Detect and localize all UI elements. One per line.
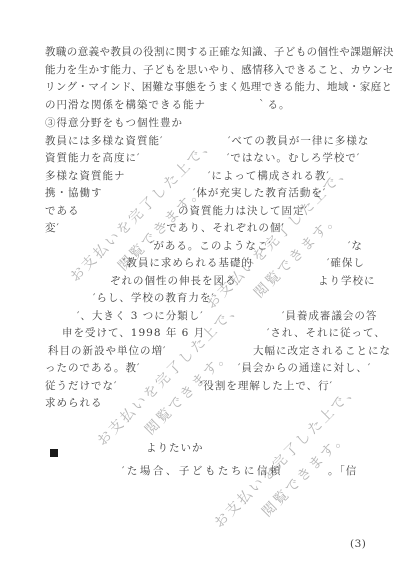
text-fragment: 大幅に改定されることにな	[253, 345, 391, 357]
text-fragment: ′員会からの通達に対し、′	[238, 362, 371, 374]
text-fragment: ′役割を理解した上で、行′	[200, 380, 333, 392]
text-fragment: ′体が充実した教育活動を′	[193, 187, 326, 199]
text-fragment: ′がある。このようなこ′	[150, 240, 272, 252]
text-fragment: ′ではない。むしろ学校で′	[227, 152, 360, 164]
text-fragment: ったのである。教′	[45, 362, 140, 374]
text-fragment: ′によって構成される教′	[208, 170, 330, 182]
page-number: (3)	[350, 538, 366, 550]
text-fragment: ′らし、学校の教育力を′	[93, 292, 215, 304]
text-fragment: より学校に	[318, 275, 376, 287]
text-fragment: ′教員に求められる基礎的	[123, 257, 253, 269]
text-fragment: 求められる	[45, 397, 103, 409]
text-fragment: ′され、それに従って、	[267, 327, 386, 339]
text-fragment: 資質能力を高度に′	[45, 152, 140, 164]
document-page: お支払いを完了した上で、閲覧できます。お支払いを完了した上で、閲覧できます。お支…	[0, 0, 410, 580]
text-fragment: 変′	[45, 222, 60, 234]
watermark-line1: お支払いを完了した上で、	[208, 377, 366, 535]
text-fragment: よりたいか	[146, 442, 204, 454]
text-fragment: ぞれの個性の伸長を図る	[110, 275, 237, 287]
text-fragment: リング・マインド、困難な事態をうまく処理できる能力、地域・家庭と	[45, 81, 392, 93]
text-fragment: ｀る。	[256, 99, 291, 111]
text-fragment: の資質能力は決して固定′	[178, 205, 308, 217]
text-fragment: 従うだけでな′	[45, 380, 117, 392]
text-fragment: ′であり、それぞれの個′	[163, 222, 285, 234]
text-fragment: 携・協働す	[45, 187, 103, 199]
section-marker-square	[50, 449, 58, 457]
text-fragment: の円滑な関係を構築できる能ナ	[45, 99, 206, 111]
text-fragment: 能力を生かす能力、子どもを思いやり、感情移入できること、カウンセ	[45, 64, 394, 76]
text-fragment: ′、大きく 3 つに分類し′	[77, 310, 204, 322]
text-fragment: ′た場合、子どもたちに信頼	[122, 465, 283, 477]
text-fragment: 科目の新設や単位の増′	[48, 345, 166, 357]
text-fragment: ′員養成審議会の答	[282, 310, 377, 322]
text-fragment: 多様な資質能ナ	[45, 170, 126, 182]
text-fragment: 教員には多様な資質能′	[45, 135, 163, 147]
text-fragment: ③得意分野をもつ個性豊か	[45, 117, 183, 129]
text-fragment: 。「信	[328, 465, 357, 477]
text-fragment: ′確保し	[327, 257, 365, 269]
text-fragment: 申を受けて、1998 年 6 月	[62, 327, 205, 339]
text-fragment: 教職の意義や教員の役割に関する正確な知識、子どもの個性や課題解決	[45, 46, 394, 58]
text-fragment: ′な	[348, 240, 363, 252]
text-fragment: ′べての教員が一律に多様な	[228, 135, 369, 147]
text-fragment: である	[45, 205, 80, 217]
